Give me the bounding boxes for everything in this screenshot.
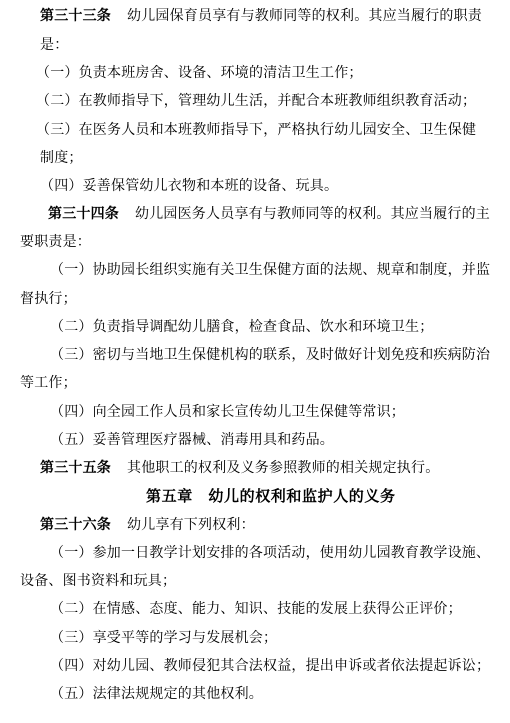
article-34-item-1-continued: 督执行； [20,291,77,307]
article-33-item-2: （二）在教师指导下，管理幼儿生活，并配合本班教师组织教育活动； [36,93,476,109]
article-36-item-5: （五）法律法规规定的其他权利。 [50,686,263,702]
article-35-text: 其他职工的权利及义务参照教师的相关规定执行。 [127,460,439,476]
article-36-item-1-continued: 设备、图书资料和玩具； [20,573,176,589]
article-34-heading: 第三十四条幼儿园医务人员享有与教师同等的权利。其应当履行的主 [48,206,490,222]
article-33-heading: 第三十三条幼儿园保育员享有与教师同等的权利。其应当履行的职责 [40,8,482,24]
article-36-item-1: （一）参加一日教学计划安排的各项活动，使用幼儿园教育教学设施、 [50,545,490,561]
article-35-heading: 第三十五条其他职工的权利及义务参照教师的相关规定执行。 [40,460,439,476]
article-36-intro: 幼儿享有下列权利： [127,517,255,533]
document-page: 第三十三条幼儿园保育员享有与教师同等的权利。其应当履行的职责 是： （一）负责本… [0,0,510,723]
article-33-item-4: （四）妥善保管幼儿衣物和本班的设备、玩具。 [40,178,338,194]
article-34-item-4: （四）向全园工作人员和家长宣传幼儿卫生保健等常识； [50,404,405,420]
article-33-intro: 幼儿园保育员享有与教师同等的权利。其应当履行的职责 [127,8,482,24]
article-33-intro-continued: 是： [40,37,68,53]
article-33-item-3-continued: 制度； [40,150,83,166]
article-36-label: 第三十六条 [40,517,111,533]
article-36-item-3: （三）享受平等的学习与发展机会； [50,630,277,646]
article-34-item-3-continued: 等工作； [20,375,77,391]
article-33-item-1: （一）负责本班房舍、设备、环境的清洁卫生工作； [36,65,363,81]
article-35-label: 第三十五条 [40,460,111,476]
article-34-intro: 幼儿园医务人员享有与教师同等的权利。其应当履行的主 [135,206,490,222]
article-36-item-2: （二）在情感、态度、能力、知识、技能的发展上获得公正评价； [50,601,462,617]
article-34-item-1: （一）协助园长组织实施有关卫生保健方面的法规、规章和制度，并监 [50,262,490,278]
article-34-intro-continued: 要职责是： [20,234,91,250]
article-34-item-3: （三）密切与当地卫生保健机构的联系，及时做好计划免疫和疾病防治 [50,347,490,363]
article-36-item-4: （四）对幼儿园、教师侵犯其合法权益，提出申诉或者依法提起诉讼； [50,658,490,674]
chapter-5-title: 第五章 幼儿的权利和监护人的义务 [146,488,396,504]
article-36-heading: 第三十六条幼儿享有下列权利： [40,517,255,533]
article-33-item-3: （三）在医务人员和本班教师指导下，严格执行幼儿园安全、卫生保健 [36,122,476,138]
article-34-item-2: （二）负责指导调配幼儿膳食，检查食品、饮水和环境卫生； [50,319,433,335]
article-34-item-5: （五）妥善管理医疗器械、消毒用具和药品。 [50,432,334,448]
article-34-label: 第三十四条 [48,206,119,222]
article-33-label: 第三十三条 [40,8,111,24]
